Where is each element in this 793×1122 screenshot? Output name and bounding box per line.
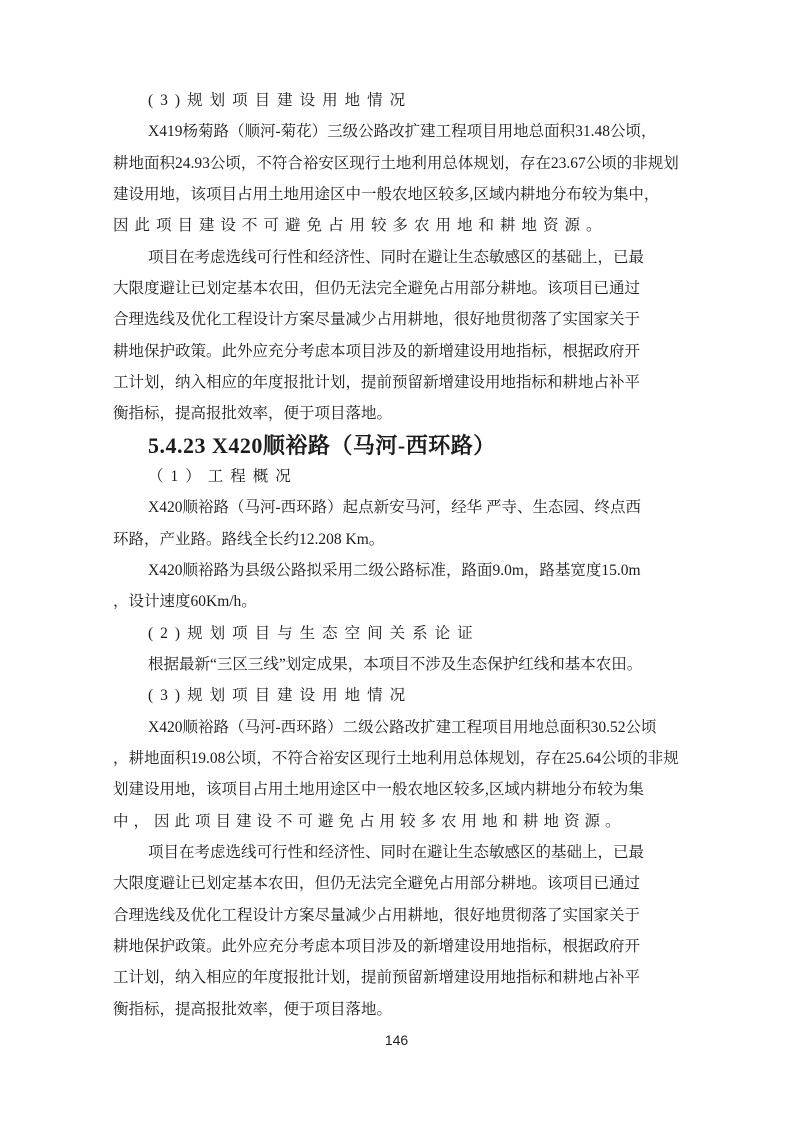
text-line: 划建设用地，该项目占用土地用途区中一般农地区较多,区域内耕地分布较为集 <box>113 774 681 805</box>
text-line: (3)规划项目建设用地情况 <box>113 680 681 711</box>
text-line: (2)规划项目与生态空间关系论证 <box>113 618 681 649</box>
text-line: 中，因此项目建设不可避免占用较多农用地和耕地资源。 <box>113 806 681 837</box>
text-line: 耕地面积24.93公顷，不符合裕安区现行土地利用总体规划，存在23.67公顷的非… <box>113 148 681 179</box>
text-line: ，耕地面积19.08公顷，不符合裕安区现行土地利用总体规划，存在25.64公顷的… <box>113 743 681 774</box>
text-line: X419杨菊路（顺河-菊花）三级公路改扩建工程项目用地总面积31.48公顷， <box>113 116 681 147</box>
text-line: 因此项目建设不可避免占用较多农用地和耕地资源。 <box>113 210 681 241</box>
text-line: 环路，产业路。路线全长约12.208 Km。 <box>113 524 681 555</box>
text-line: 建设用地，该项目占用土地用途区中一般农地区较多,区域内耕地分布较为集中， <box>113 179 681 210</box>
text-line: 根据最新“三区三线”划定成果，本项目不涉及生态保护红线和基本农田。 <box>113 649 681 680</box>
text-line: X420顺裕路为县级公路拟采用二级公路标准，路面9.0m，路基宽度15.0m <box>113 555 681 586</box>
text-line: 工计划，纳入相应的年度报批计划，提前预留新增建设用地指标和耕地占补平 <box>113 367 681 398</box>
text-line: 耕地保护政策。此外应充分考虑本项目涉及的新增建设用地指标，根据政府开 <box>113 336 681 367</box>
text-line: 合理选线及优化工程设计方案尽量减少占用耕地，很好地贯彻落了实国家关于 <box>113 900 681 931</box>
text-line: X420顺裕路（马河-西环路）二级公路改扩建工程项目用地总面积30.52公顷 <box>113 712 681 743</box>
text-line: (3)规划项目建设用地情况 <box>113 85 681 116</box>
text-line: 5.4.23 X420顺裕路（马河-西环路） <box>113 430 681 461</box>
text-line: （1）工程概况 <box>113 461 681 492</box>
text-line: 大限度避让已划定基本农田，但仍无法完全避免占用部分耕地。该项目已通过 <box>113 273 681 304</box>
text-line: ，设计速度60Km/h。 <box>113 586 681 617</box>
text-line: 大限度避让已划定基本农田，但仍无法完全避免占用部分耕地。该项目已通过 <box>113 868 681 899</box>
text-line: X420顺裕路（马河-西环路）起点新安马河，经华 严寺、生态园、终点西 <box>113 492 681 523</box>
text-line: 合理选线及优化工程设计方案尽量减少占用耕地，很好地贯彻落了实国家关于 <box>113 304 681 335</box>
page-number: 146 <box>0 1032 793 1048</box>
document-lines: (3)规划项目建设用地情况X419杨菊路（顺河-菊花）三级公路改扩建工程项目用地… <box>113 85 681 1025</box>
document-page: (3)规划项目建设用地情况X419杨菊路（顺河-菊花）三级公路改扩建工程项目用地… <box>0 0 793 1122</box>
text-line: 工计划，纳入相应的年度报批计划，提前预留新增建设用地指标和耕地占补平 <box>113 962 681 993</box>
text-line: 耕地保护政策。此外应充分考虑本项目涉及的新增建设用地指标，根据政府开 <box>113 931 681 962</box>
text-line: 项目在考虑选线可行性和经济性、同时在避让生态敏感区的基础上，已最 <box>113 242 681 273</box>
text-line: 衡指标，提高报批效率，便于项目落地。 <box>113 994 681 1025</box>
text-line: 衡指标，提高报批效率，便于项目落地。 <box>113 398 681 429</box>
text-line: 项目在考虑选线可行性和经济性、同时在避让生态敏感区的基础上，已最 <box>113 837 681 868</box>
